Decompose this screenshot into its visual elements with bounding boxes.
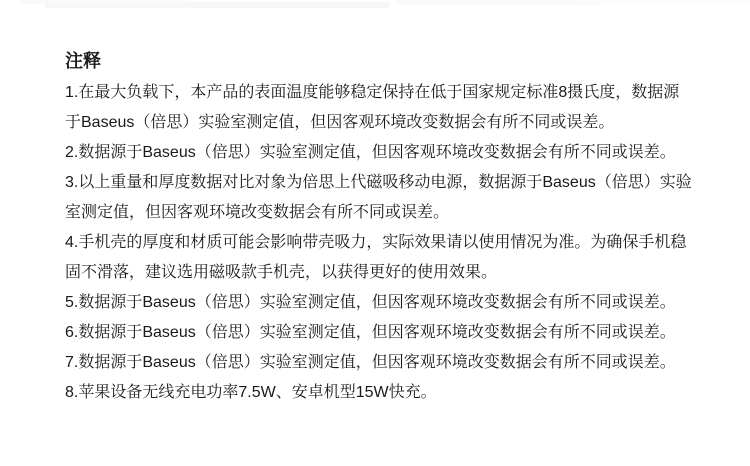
note-item-1: 1.在最大负载下，本产品的表面温度能够稳定保持在低于国家规定标准8摄氏度，数据源… [65, 78, 695, 138]
section-title: 注释 [65, 46, 695, 76]
note-item-3: 3.以上重量和厚度数据对比对象为倍思上代磁吸移动电源，数据源于Baseus（倍思… [65, 168, 695, 228]
remnant-shape [45, 2, 390, 8]
note-item-2: 2.数据源于Baseus（倍思）实验室测定值，但因客观环境改变数据会有所不同或误… [65, 138, 695, 168]
note-item-5: 5.数据源于Baseus（倍思）实验室测定值，但因客观环境改变数据会有所不同或误… [65, 288, 695, 318]
notes-section: 注释 1.在最大负载下，本产品的表面温度能够稳定保持在低于国家规定标准8摄氏度，… [65, 46, 695, 408]
note-item-7: 7.数据源于Baseus（倍思）实验室测定值，但因客观环境改变数据会有所不同或误… [65, 348, 695, 378]
remnant-shape [580, 0, 750, 3]
remnant-shape [20, 0, 190, 4]
remnant-shape [395, 0, 600, 5]
top-edge-image-remnant [0, 0, 750, 9]
note-item-8: 8.苹果设备无线充电功率7.5W、安卓机型15W快充。 [65, 378, 695, 408]
note-item-6: 6.数据源于Baseus（倍思）实验室测定值，但因客观环境改变数据会有所不同或误… [65, 318, 695, 348]
note-item-4: 4.手机壳的厚度和材质可能会影响带壳吸力，实际效果请以使用情况为准。为确保手机稳… [65, 228, 695, 288]
